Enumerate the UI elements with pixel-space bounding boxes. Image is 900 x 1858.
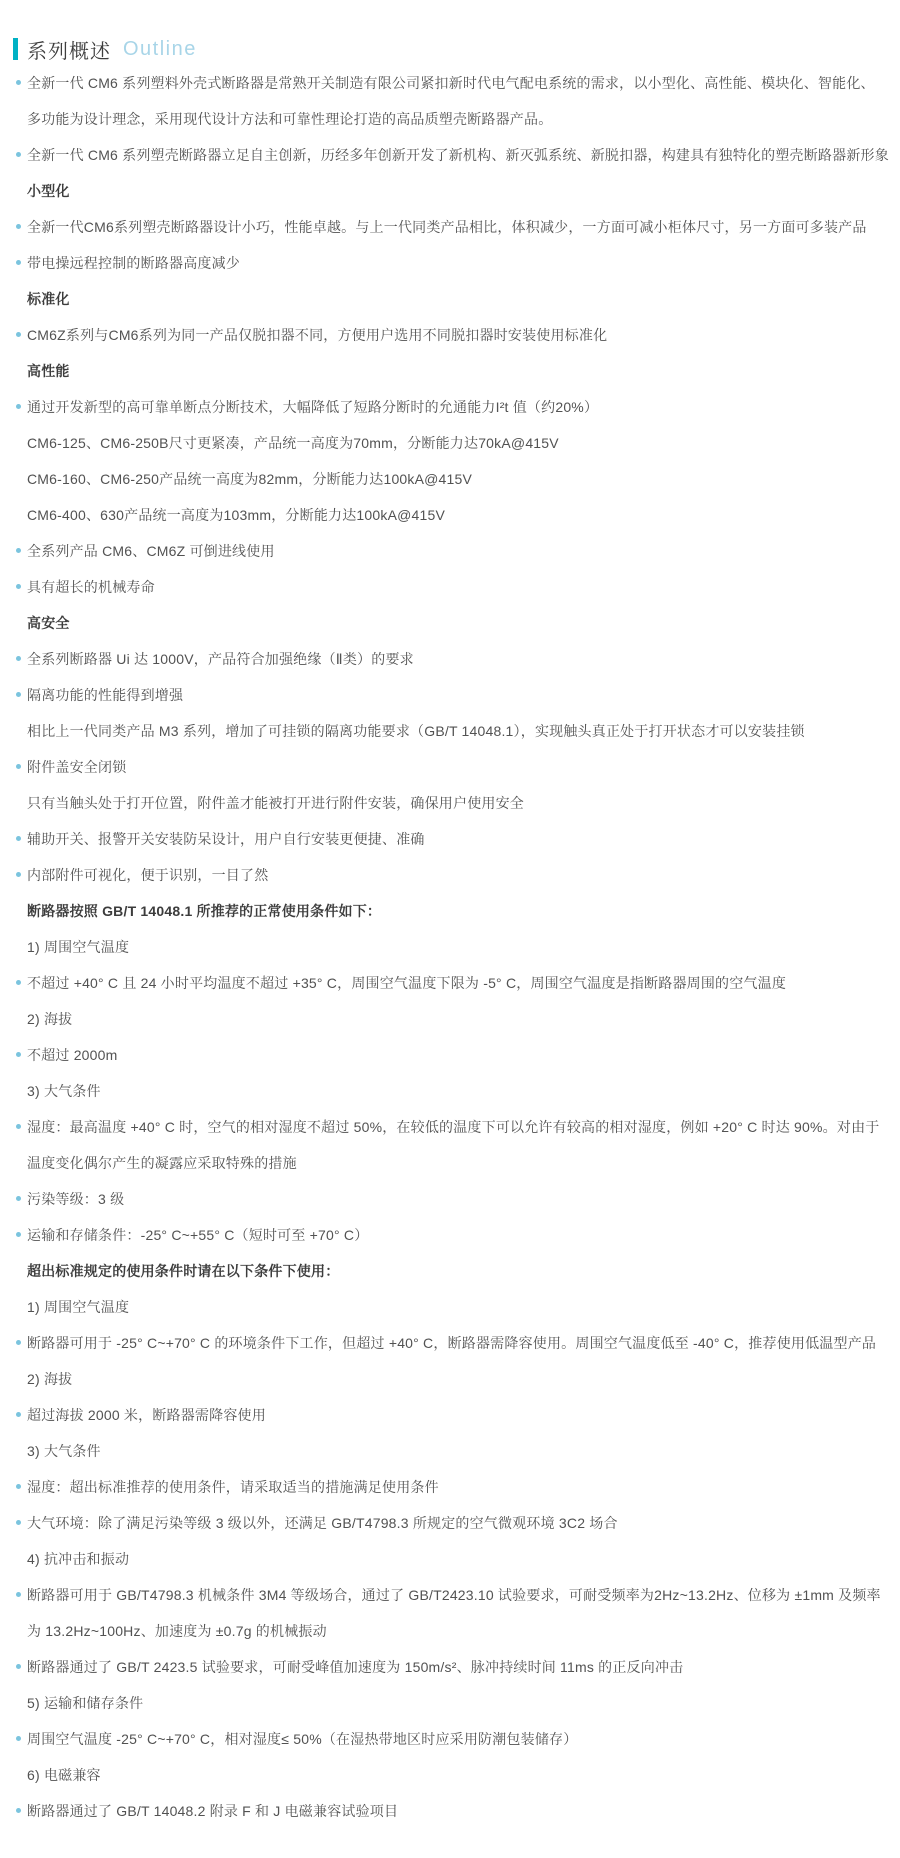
- bullet-dot-icon: [16, 1232, 21, 1237]
- line-text: 5) 运输和储存条件: [27, 1695, 143, 1711]
- line-text: 全系列产品 CM6、CM6Z 可倒进线使用: [27, 543, 275, 559]
- plain-text-line: 只有当触头处于打开位置，附件盖才能被打开进行附件安装，确保用户使用安全: [0, 785, 900, 821]
- line-text: 小型化: [27, 183, 70, 199]
- line-text: 断路器通过了 GB/T 2423.5 试验要求，可耐受峰值加速度为 150m/s…: [27, 1659, 683, 1675]
- line-text: CM6-400、630产品统一高度为103mm，分断能力达100kA@415V: [27, 507, 445, 523]
- plain-text-line: CM6-160、CM6-250产品统一高度为82mm，分断能力达100kA@41…: [0, 461, 900, 497]
- plain-text-line: CM6-125、CM6-250B尺寸更紧凑，产品统一高度为70mm，分断能力达7…: [0, 425, 900, 461]
- section-title-zh: 系列概述: [27, 35, 111, 64]
- line-text: CM6Z系列与CM6系列为同一产品仅脱扣器不同，方便用户选用不同脱扣器时安装使用…: [27, 327, 607, 343]
- bullet-dot-icon: [16, 1736, 21, 1741]
- bullet-list-item: 辅助开关、报警开关安装防呆设计，用户自行安装更便捷、准确: [0, 821, 900, 857]
- bullet-dot-icon: [16, 584, 21, 589]
- continuation-line: 多功能为设计理念，采用现代设计方法和可靠性理论打造的高品质塑壳断路器产品。: [0, 101, 900, 137]
- bullet-list-item: 内部附件可视化，便于识别，一目了然: [0, 857, 900, 893]
- line-text: 多功能为设计理念，采用现代设计方法和可靠性理论打造的高品质塑壳断路器产品。: [27, 111, 552, 127]
- line-text: 不超过 +40° C 且 24 小时平均温度不超过 +35° C，周围空气温度下…: [27, 975, 786, 991]
- bullet-list-item: 全系列断路器 Ui 达 1000V，产品符合加强绝缘（Ⅱ类）的要求: [0, 641, 900, 677]
- plain-text-line: 3) 大气条件: [0, 1073, 900, 1109]
- bullet-list-item: 不超过 2000m: [0, 1037, 900, 1073]
- line-text: 高安全: [27, 615, 70, 631]
- plain-text-line: 5) 运输和储存条件: [0, 1685, 900, 1721]
- accent-bar-icon: [13, 38, 18, 60]
- plain-text-line: 4) 抗冲击和振动: [0, 1541, 900, 1577]
- line-text: 超出标准规定的使用条件时请在以下条件下使用：: [27, 1263, 339, 1279]
- line-text: 6) 电磁兼容: [27, 1767, 101, 1783]
- plain-text-line: 2) 海拔: [0, 1001, 900, 1037]
- line-text: CM6-125、CM6-250B尺寸更紧凑，产品统一高度为70mm，分断能力达7…: [27, 435, 559, 451]
- bullet-dot-icon: [16, 152, 21, 157]
- line-text: 通过开发新型的高可靠单断点分断技术，大幅降低了短路分断时的允通能力I²t 值（约…: [27, 399, 598, 415]
- bullet-list-item: 周围空气温度 -25° C~+70° C，相对湿度≤ 50%（在湿热带地区时应采…: [0, 1721, 900, 1757]
- line-text: 断路器可用于 -25° C~+70° C 的环境条件下工作，但超过 +40° C…: [27, 1335, 876, 1351]
- bullet-list-item: 断路器通过了 GB/T 14048.2 附录 F 和 J 电磁兼容试验项目: [0, 1793, 900, 1829]
- bullet-dot-icon: [16, 224, 21, 229]
- line-text: 隔离功能的性能得到增强: [27, 687, 183, 703]
- plain-text-line: 相比上一代同类产品 M3 系列，增加了可挂锁的隔离功能要求（GB/T 14048…: [0, 713, 900, 749]
- bullet-dot-icon: [16, 1052, 21, 1057]
- bullet-dot-icon: [16, 80, 21, 85]
- bold-subheading: 标准化: [0, 281, 900, 317]
- bullet-dot-icon: [16, 872, 21, 877]
- bullet-list-item: 带电操远程控制的断路器高度减少: [0, 245, 900, 281]
- bullet-dot-icon: [16, 260, 21, 265]
- section-header: 系列概述 Outline: [13, 37, 900, 61]
- bullet-dot-icon: [16, 692, 21, 697]
- line-text: 为 13.2Hz~100Hz、加速度为 ±0.7g 的机械振动: [27, 1623, 327, 1639]
- bullet-dot-icon: [16, 764, 21, 769]
- continuation-line: 为 13.2Hz~100Hz、加速度为 ±0.7g 的机械振动: [0, 1613, 900, 1649]
- line-text: 4) 抗冲击和振动: [27, 1551, 129, 1567]
- bullet-dot-icon: [16, 1124, 21, 1129]
- bullet-list-item: 通过开发新型的高可靠单断点分断技术，大幅降低了短路分断时的允通能力I²t 值（约…: [0, 389, 900, 425]
- bullet-list-item: 湿度：最高温度 +40° C 时，空气的相对湿度不超过 50%，在较低的温度下可…: [0, 1109, 900, 1145]
- plain-text-line: 2) 海拔: [0, 1361, 900, 1397]
- bullet-list-item: 断路器可用于 GB/T4798.3 机械条件 3M4 等级场合，通过了 GB/T…: [0, 1577, 900, 1613]
- bullet-list-item: 超过海拔 2000 米，断路器需降容使用: [0, 1397, 900, 1433]
- bullet-dot-icon: [16, 332, 21, 337]
- bullet-list-item: 大气环境：除了满足污染等级 3 级以外，还满足 GB/T4798.3 所规定的空…: [0, 1505, 900, 1541]
- line-text: 断路器按照 GB/T 14048.1 所推荐的正常使用条件如下：: [27, 903, 381, 919]
- plain-text-line: 6) 电磁兼容: [0, 1757, 900, 1793]
- line-text: 只有当触头处于打开位置，附件盖才能被打开进行附件安装，确保用户使用安全: [27, 795, 524, 811]
- line-text: 高性能: [27, 363, 70, 379]
- line-text: 相比上一代同类产品 M3 系列，增加了可挂锁的隔离功能要求（GB/T 14048…: [27, 723, 805, 739]
- line-text: 周围空气温度 -25° C~+70° C，相对湿度≤ 50%（在湿热带地区时应采…: [27, 1731, 577, 1747]
- line-text: 内部附件可视化，便于识别，一目了然: [27, 867, 268, 883]
- bullet-list-item: 不超过 +40° C 且 24 小时平均温度不超过 +35° C，周围空气温度下…: [0, 965, 900, 1001]
- bullet-dot-icon: [16, 1592, 21, 1597]
- bullet-list-item: 隔离功能的性能得到增强: [0, 677, 900, 713]
- line-text: 全新一代 CM6 系列塑料外壳式断路器是常熟开关制造有限公司紧扣新时代电气配电系…: [27, 75, 875, 91]
- line-text: 具有超长的机械寿命: [27, 579, 155, 595]
- plain-text-line: CM6-400、630产品统一高度为103mm，分断能力达100kA@415V: [0, 497, 900, 533]
- bullet-list-item: 全新一代CM6系列塑壳断路器设计小巧，性能卓越。与上一代同类产品相比，体积减少，…: [0, 209, 900, 245]
- bullet-list-item: 具有超长的机械寿命: [0, 569, 900, 605]
- outline-content: 全新一代 CM6 系列塑料外壳式断路器是常熟开关制造有限公司紧扣新时代电气配电系…: [0, 65, 900, 1829]
- line-text: 运输和存储条件：-25° C~+55° C（短时可至 +70° C）: [27, 1227, 368, 1243]
- bullet-dot-icon: [16, 404, 21, 409]
- bullet-list-item: 全系列产品 CM6、CM6Z 可倒进线使用: [0, 533, 900, 569]
- line-text: 2) 海拔: [27, 1371, 72, 1387]
- bullet-dot-icon: [16, 1412, 21, 1417]
- line-text: 全新一代CM6系列塑壳断路器设计小巧，性能卓越。与上一代同类产品相比，体积减少，…: [27, 219, 867, 235]
- bold-subheading: 断路器按照 GB/T 14048.1 所推荐的正常使用条件如下：: [0, 893, 900, 929]
- bold-subheading: 超出标准规定的使用条件时请在以下条件下使用：: [0, 1253, 900, 1289]
- line-text: 1) 周围空气温度: [27, 1299, 129, 1315]
- line-text: 不超过 2000m: [27, 1047, 118, 1063]
- bullet-dot-icon: [16, 1520, 21, 1525]
- line-text: 污染等级：3 级: [27, 1191, 124, 1207]
- bullet-dot-icon: [16, 1664, 21, 1669]
- plain-text-line: 1) 周围空气温度: [0, 929, 900, 965]
- line-text: 湿度：超出标准推荐的使用条件，请采取适当的措施满足使用条件: [27, 1479, 439, 1495]
- bullet-dot-icon: [16, 548, 21, 553]
- bullet-list-item: 湿度：超出标准推荐的使用条件，请采取适当的措施满足使用条件: [0, 1469, 900, 1505]
- line-text: 大气环境：除了满足污染等级 3 级以外，还满足 GB/T4798.3 所规定的空…: [27, 1515, 618, 1531]
- bullet-list-item: 全新一代 CM6 系列塑料外壳式断路器是常熟开关制造有限公司紧扣新时代电气配电系…: [0, 65, 900, 101]
- document-page: 系列概述 Outline 全新一代 CM6 系列塑料外壳式断路器是常熟开关制造有…: [0, 0, 900, 1858]
- bold-subheading: 小型化: [0, 173, 900, 209]
- line-text: 3) 大气条件: [27, 1443, 101, 1459]
- bold-subheading: 高性能: [0, 353, 900, 389]
- line-text: 标准化: [27, 291, 70, 307]
- line-text: 1) 周围空气温度: [27, 939, 129, 955]
- bullet-list-item: 附件盖安全闭锁: [0, 749, 900, 785]
- bullet-dot-icon: [16, 1484, 21, 1489]
- plain-text-line: 1) 周围空气温度: [0, 1289, 900, 1325]
- line-text: 全新一代 CM6 系列塑壳断路器立足自主创新，历经多年创新开发了新机构、新灭弧系…: [27, 147, 889, 163]
- bullet-list-item: 断路器可用于 -25° C~+70° C 的环境条件下工作，但超过 +40° C…: [0, 1325, 900, 1361]
- line-text: 湿度：最高温度 +40° C 时，空气的相对湿度不超过 50%，在较低的温度下可…: [27, 1119, 879, 1135]
- bullet-dot-icon: [16, 1196, 21, 1201]
- bullet-list-item: 全新一代 CM6 系列塑壳断路器立足自主创新，历经多年创新开发了新机构、新灭弧系…: [0, 137, 900, 173]
- line-text: 附件盖安全闭锁: [27, 759, 126, 775]
- bullet-dot-icon: [16, 836, 21, 841]
- bullet-dot-icon: [16, 656, 21, 661]
- bullet-list-item: 断路器通过了 GB/T 2423.5 试验要求，可耐受峰值加速度为 150m/s…: [0, 1649, 900, 1685]
- line-text: 2) 海拔: [27, 1011, 72, 1027]
- section-title-en: Outline: [123, 38, 197, 61]
- bullet-dot-icon: [16, 1808, 21, 1813]
- line-text: 断路器通过了 GB/T 14048.2 附录 F 和 J 电磁兼容试验项目: [27, 1803, 398, 1819]
- line-text: 3) 大气条件: [27, 1083, 101, 1099]
- line-text: 辅助开关、报警开关安装防呆设计，用户自行安装更便捷、准确: [27, 831, 425, 847]
- line-text: 温度变化偶尔产生的凝露应采取特殊的措施: [27, 1155, 297, 1171]
- bold-subheading: 高安全: [0, 605, 900, 641]
- plain-text-line: 3) 大气条件: [0, 1433, 900, 1469]
- bullet-dot-icon: [16, 1340, 21, 1345]
- line-text: CM6-160、CM6-250产品统一高度为82mm，分断能力达100kA@41…: [27, 471, 472, 487]
- line-text: 超过海拔 2000 米，断路器需降容使用: [27, 1407, 266, 1423]
- line-text: 断路器可用于 GB/T4798.3 机械条件 3M4 等级场合，通过了 GB/T…: [27, 1587, 881, 1603]
- continuation-line: 温度变化偶尔产生的凝露应采取特殊的措施: [0, 1145, 900, 1181]
- bullet-dot-icon: [16, 980, 21, 985]
- bullet-list-item: 运输和存储条件：-25° C~+55° C（短时可至 +70° C）: [0, 1217, 900, 1253]
- line-text: 带电操远程控制的断路器高度减少: [27, 255, 240, 271]
- line-text: 全系列断路器 Ui 达 1000V，产品符合加强绝缘（Ⅱ类）的要求: [27, 651, 414, 667]
- bullet-list-item: 污染等级：3 级: [0, 1181, 900, 1217]
- bullet-list-item: CM6Z系列与CM6系列为同一产品仅脱扣器不同，方便用户选用不同脱扣器时安装使用…: [0, 317, 900, 353]
